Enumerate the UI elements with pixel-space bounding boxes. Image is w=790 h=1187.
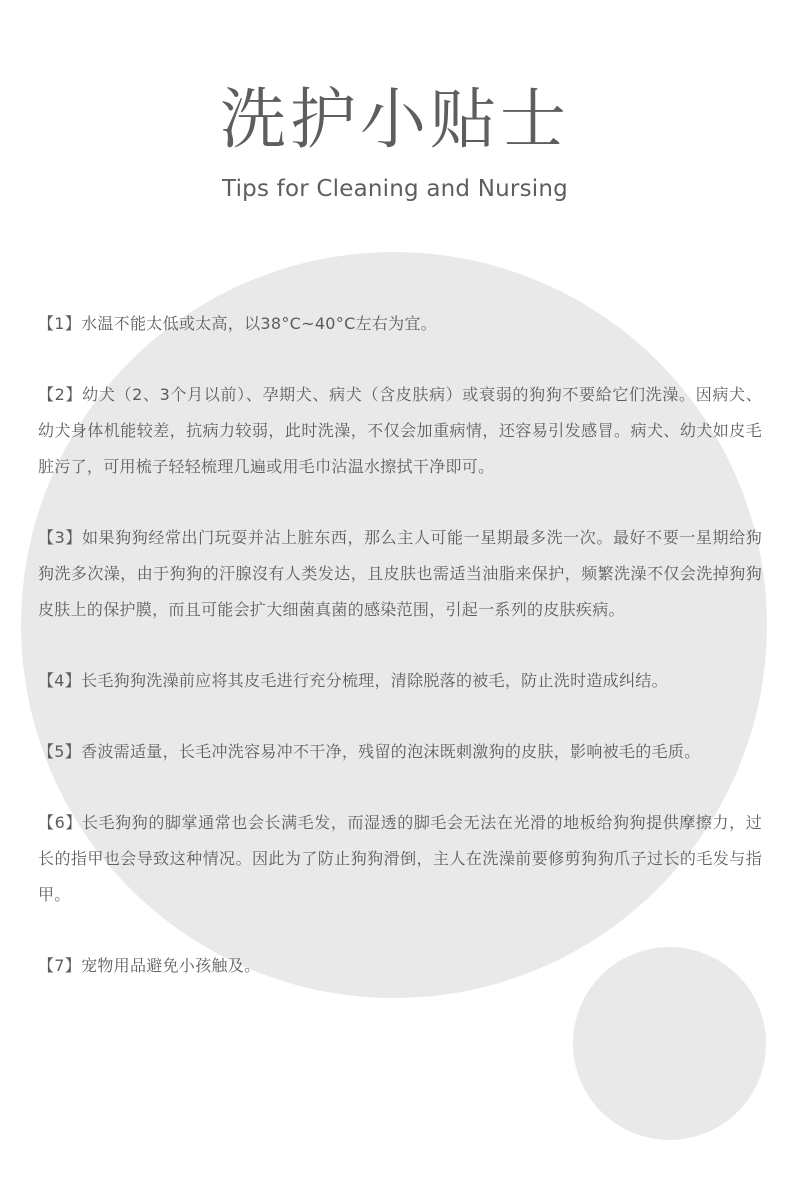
- tip-item-5: 【5】香波需适量，长毛冲洗容易冲不干净，残留的泡沫既刺激狗的皮肤，影响被毛的毛质…: [38, 734, 762, 770]
- tips-list: 【1】水温不能太低或太高，以38°C~40°C左右为宜。 【2】幼犬（2、3个月…: [38, 306, 762, 1019]
- tip-item-1: 【1】水温不能太低或太高，以38°C~40°C左右为宜。: [38, 306, 762, 342]
- page-header: 洗护小贴士 Tips for Cleaning and Nursing: [0, 80, 790, 204]
- page-title: 洗护小贴士: [0, 80, 790, 160]
- tip-item-7: 【7】宠物用品避免小孩触及。: [38, 948, 762, 984]
- tip-item-6: 【6】长毛狗狗的脚掌通常也会长满毛发，而湿透的脚毛会无法在光滑的地板给狗狗提供摩…: [38, 805, 762, 913]
- tip-item-3: 【3】如果狗狗经常出门玩耍并沾上脏东西，那么主人可能一星期最多洗一次。最好不要一…: [38, 520, 762, 628]
- page-subtitle: Tips for Cleaning and Nursing: [0, 174, 790, 204]
- tip-item-4: 【4】长毛狗狗洗澡前应将其皮毛进行充分梳理，清除脱落的被毛，防止洗时造成纠结。: [38, 663, 762, 699]
- tip-item-2: 【2】幼犬（2、3个月以前）、孕期犬、病犬（含皮肤病）或衰弱的狗狗不要給它们洗澡…: [38, 377, 762, 485]
